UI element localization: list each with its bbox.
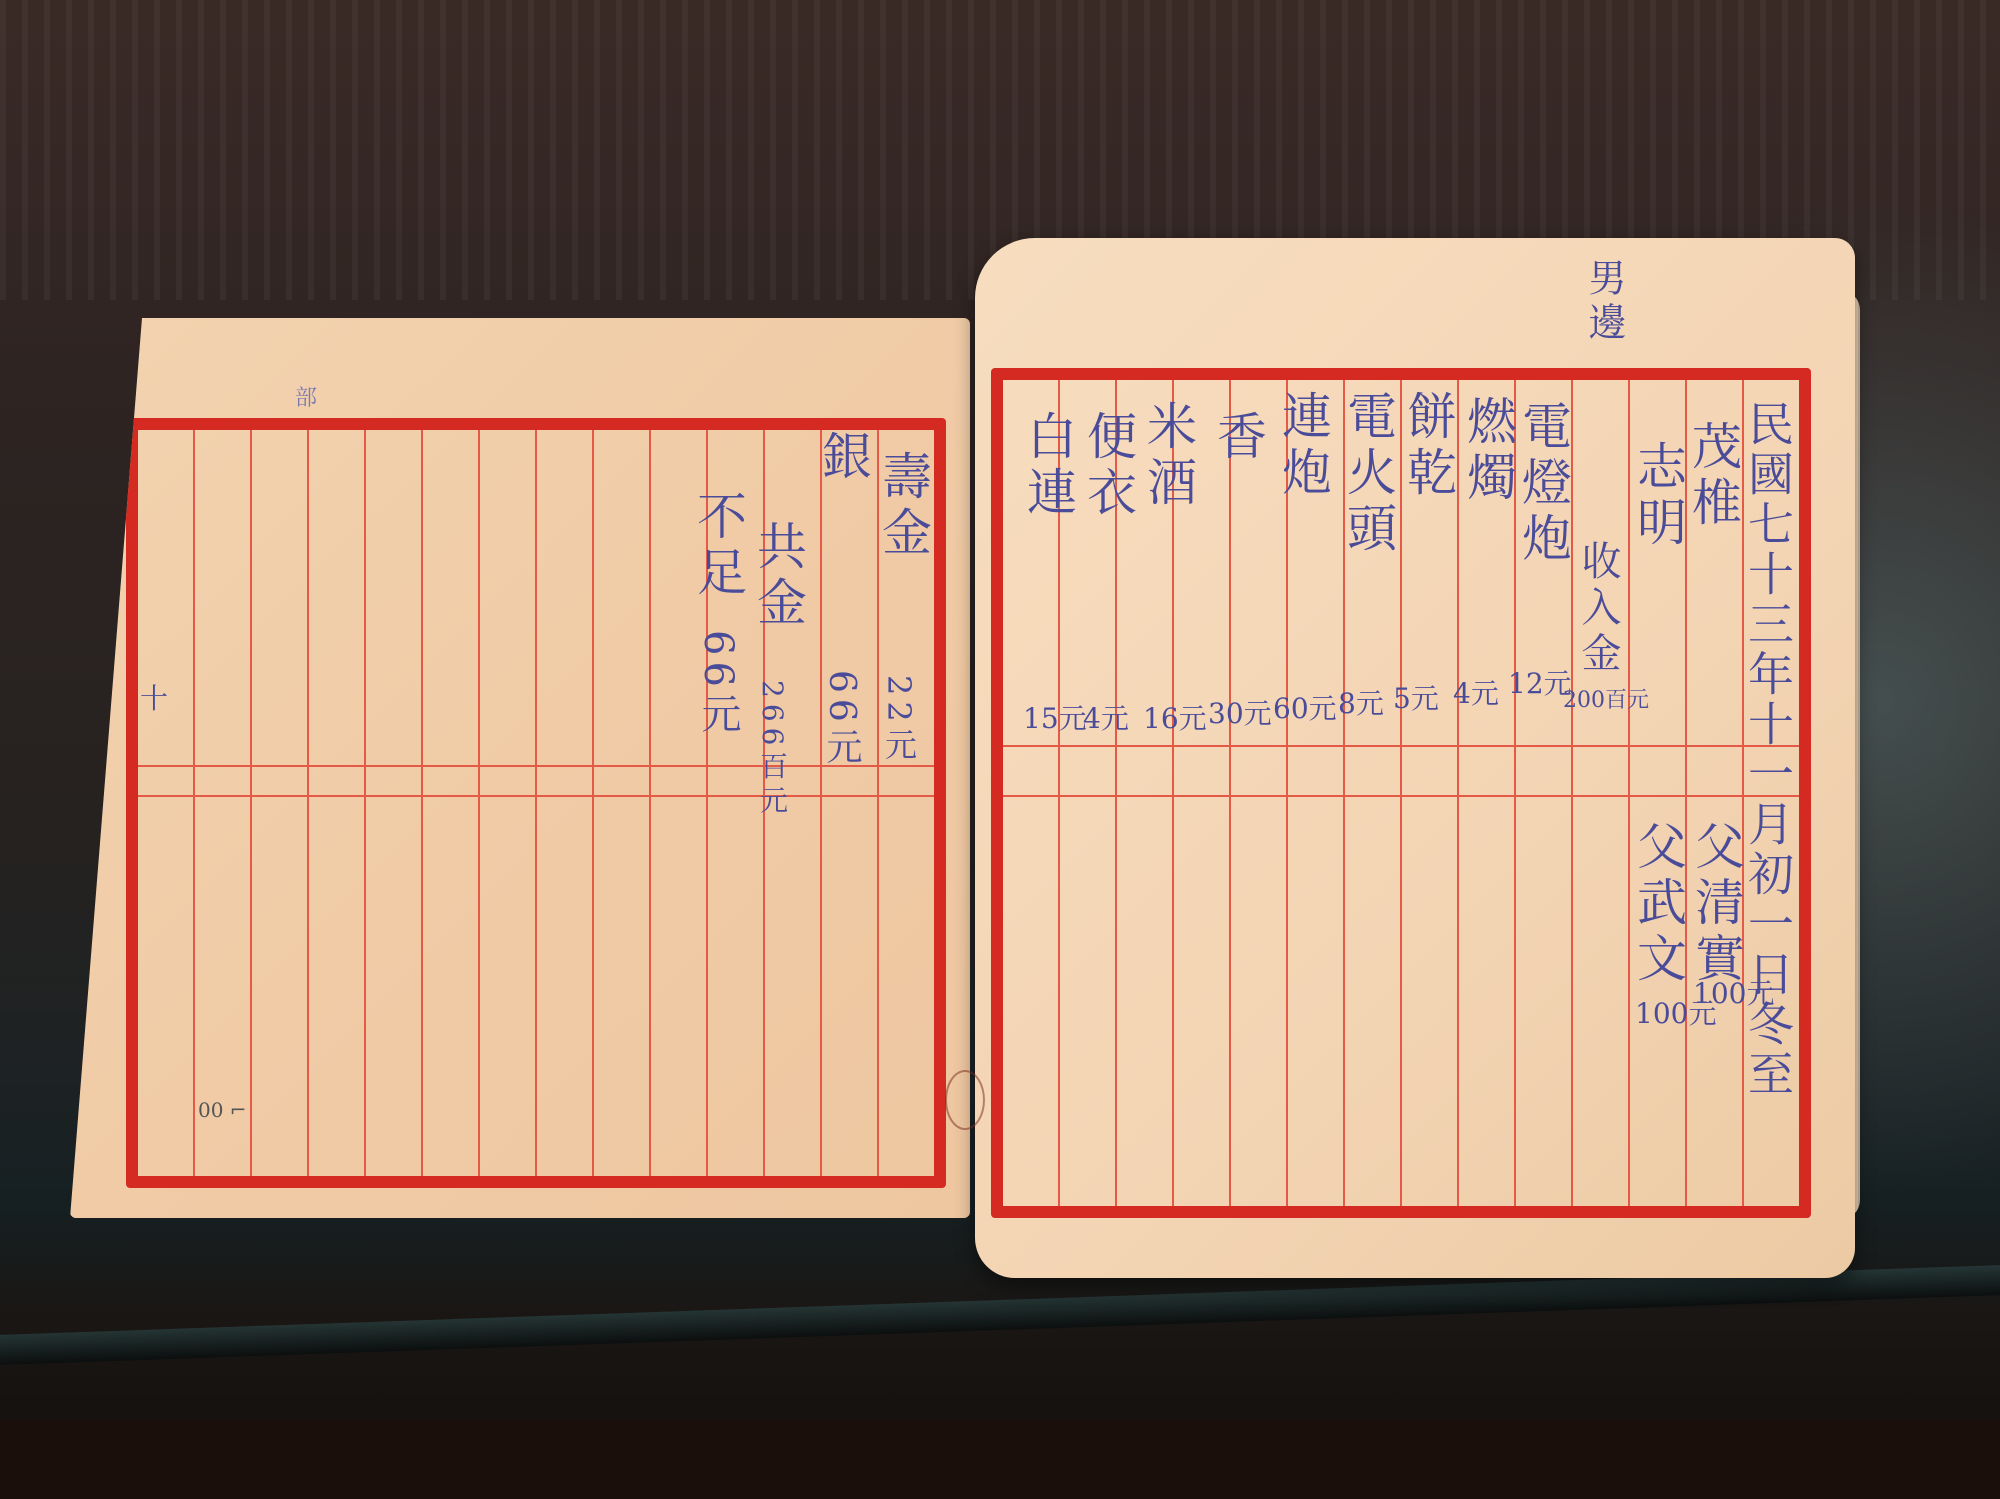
- floor: [0, 1420, 2000, 1499]
- right-corner-note: 男邊: [1585, 258, 1623, 346]
- donation-label: 父清實: [1691, 820, 1741, 988]
- expense-item-amount: 30元: [1208, 700, 1272, 728]
- left-row-divider-1: [138, 765, 934, 767]
- left-total-amount: 266百元: [758, 680, 786, 819]
- right-row-divider-1: [1003, 745, 1799, 747]
- table-edge: [0, 1265, 2000, 1365]
- left-margin-mark: 00 ⌐: [198, 1100, 247, 1120]
- received-label: 收入金: [1578, 540, 1618, 678]
- left-red-frame: 壽金 22元 銀 66元 共金 266百元 不足 66元 十 00 ⌐: [126, 418, 946, 1188]
- left-item-name: 壽金: [878, 450, 928, 562]
- expense-item-amount: 4元: [1083, 705, 1129, 733]
- left-shortfall-label: 不足: [693, 490, 743, 602]
- left-item-name: 銀: [818, 430, 868, 486]
- expense-item-amount: 12元: [1508, 670, 1572, 698]
- left-corner-note: 部: [295, 388, 317, 410]
- expense-item-amount: 4元: [1453, 680, 1499, 708]
- donation-label: 父武文: [1633, 820, 1683, 988]
- expense-item-amount: 16元: [1143, 705, 1207, 733]
- left-total-label: 共金: [753, 520, 803, 632]
- expense-item-amount: 8元: [1338, 690, 1384, 718]
- donation-amount: 100元: [1635, 1000, 1716, 1028]
- left-item-amount: 22元: [883, 675, 915, 766]
- right-red-frame: 民國七十三年十一月初一日冬至 茂椎 志明 父清實 100元 父武文 100元 收…: [991, 368, 1811, 1218]
- expense-item-amount: 60元: [1273, 695, 1337, 723]
- expense-item-amount: 15元: [1023, 705, 1087, 733]
- expense-item-name: 餅乾: [1403, 390, 1453, 502]
- expense-item-amount: 5元: [1393, 685, 1439, 713]
- expense-item-name: 米酒: [1143, 400, 1193, 512]
- received-amount: 200百元: [1563, 690, 1649, 712]
- ledger-left-page: 部 壽金 22元 銀 66元 共金 266百元 不足 66元 十 00 ⌐: [70, 318, 970, 1218]
- left-column-grid: [138, 430, 934, 1176]
- faded-seal-stamp: [945, 1070, 985, 1130]
- left-shortfall-amount: 66元: [698, 630, 738, 739]
- expense-item-name: 電火頭: [1343, 390, 1393, 558]
- name-entry: 茂椎: [1688, 420, 1738, 532]
- left-margin-mark: 十: [140, 685, 168, 713]
- expense-item-name: 香: [1213, 410, 1263, 466]
- expense-item-name: 白連: [1023, 410, 1073, 522]
- left-row-divider-2: [138, 795, 934, 797]
- ledger-right-page: 男邊 民國七十三年十一月初一日冬至 茂椎 志明 父清實 100元 父武文 100…: [975, 238, 1855, 1278]
- expense-item-name: 便衣: [1083, 410, 1133, 522]
- name-entry: 志明: [1633, 440, 1683, 552]
- expense-item-name: 燃燭: [1463, 395, 1513, 507]
- left-item-amount: 66元: [823, 670, 859, 770]
- right-row-divider-2: [1003, 795, 1799, 797]
- expense-item-name: 連炮: [1278, 390, 1328, 502]
- expense-item-name: 電燈炮: [1518, 400, 1568, 568]
